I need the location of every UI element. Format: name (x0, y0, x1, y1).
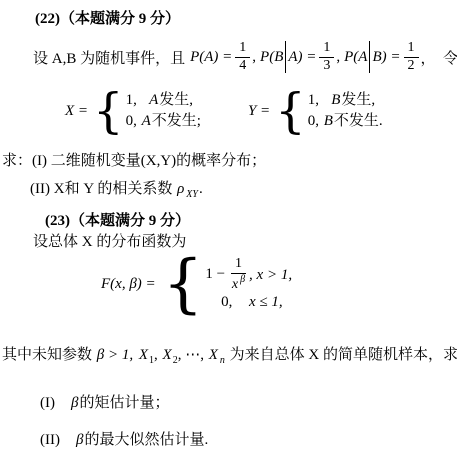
fraction-numerator: 1 (404, 41, 419, 58)
question-2-label: (II) (40, 432, 60, 448)
fraction-one-half: 12 (404, 41, 419, 73)
param-text-1: 其中未知参数 (2, 347, 96, 363)
formula-lhs: F(x, β) = (101, 276, 156, 293)
sample-xn: X (209, 347, 218, 363)
x-definition: X = { 1, A发生, 0, A不发生; (64, 90, 201, 132)
y-definition-lhs: Y = (248, 103, 270, 120)
problem23-question-2: (II)β的最大似然估计量. (40, 428, 208, 449)
case-text: 发生, (341, 92, 375, 108)
problem23-title: （本题满分 9 分） (70, 213, 190, 229)
fraction-numerator: 1 (319, 41, 334, 58)
problem23-header: (23)（本题满分 9 分） (45, 209, 190, 230)
formula-cases: 1 − 1xβ , x > 1, 0, x ≤ 1, (205, 257, 293, 310)
problem22-number: (22) (35, 11, 60, 27)
fraction-denominator: 2 (408, 58, 415, 74)
fraction-denominator: xβ (231, 274, 246, 292)
sample-xn-subscript: n (220, 355, 225, 366)
beta-exponent: β (240, 274, 245, 285)
prob-A-given-B-lhs-right: B) = (372, 49, 400, 66)
question-2-text: (II) X和 Y 的相关系数 (30, 181, 176, 197)
param-ellipsis: , ⋯, (178, 347, 208, 363)
left-brace: { (93, 91, 124, 132)
prob-A-lhs: P(A) = (190, 49, 232, 66)
case-value: 1, (126, 92, 149, 108)
case-text: 不发生. (334, 113, 383, 129)
x-definition-lhs: X = (65, 103, 88, 120)
definitions-row: X = { 1, A发生, 0, A不发生; Y = { 1, B发生, 0, … (64, 90, 383, 132)
x-definition-cases: 1, A发生, 0, A不发生; (126, 90, 201, 132)
event-symbol: B (324, 113, 333, 129)
fraction-numerator: 1 (231, 257, 246, 274)
separator-comma: , (336, 49, 340, 66)
document-page: (22)（本题满分 9 分） 设 A,B 为随机事件，且 P(A) = 14 ,… (0, 0, 457, 453)
beta-condition: β > 1, (97, 347, 137, 363)
distribution-function-formula: F(x, β) = { 1 − 1xβ , x > 1, 0, x ≤ 1, (100, 252, 293, 316)
case-value: 1, (308, 92, 331, 108)
event-symbol: B (331, 92, 340, 108)
x-case-1: 1, A发生, (126, 90, 201, 111)
problem22-title: （本题满分 9 分） (60, 11, 180, 27)
question-1-text: 的矩估计量； (79, 395, 169, 411)
problem22-given-line: 设 A,B 为随机事件，且 P(A) = 14 , P(BA) = 13 , P… (33, 36, 457, 78)
fraction-one-over-x-beta: 1xβ (231, 257, 246, 292)
rho-symbol: ρ (177, 181, 184, 197)
conditional-bar (369, 41, 370, 73)
beta-symbol: β (71, 395, 78, 411)
problem23-question-1: (I)β的矩估计量； (40, 391, 170, 412)
condition-x-le-1: x ≤ 1, (249, 294, 283, 310)
event-symbol: A (149, 92, 158, 108)
prob-A-given-B-lhs-left: P(A (344, 49, 367, 66)
sample-x1: X (139, 347, 148, 363)
one-minus: 1 − (205, 266, 225, 282)
question-1-label: (I) (40, 395, 55, 411)
rho-subscript: XY (186, 189, 198, 200)
y-case-1: 1, B发生, (308, 90, 383, 111)
x-base: x (232, 277, 238, 292)
prob-B-given-A-lhs-left: P(B (260, 49, 283, 66)
case-value: 0, (308, 113, 323, 129)
problem22-question-1: 求：(I) 二维随机变量(X,Y)的概率分布； (2, 149, 266, 170)
prob-B-given-A-lhs-right: A) = (288, 49, 316, 66)
x-case-2: 0, A不发生; (126, 111, 201, 132)
param-text-2: 为来自总体 X 的简单随机样本，求： (226, 347, 457, 363)
left-brace: { (163, 257, 204, 311)
conditional-bar (285, 41, 286, 73)
formula-case-1-condition: , x > 1, (248, 266, 293, 284)
given-suffix: ， 令 (421, 47, 457, 68)
problem22-question-2: (II) X和 Y 的相关系数 ρXY. (30, 177, 203, 200)
y-definition-cases: 1, B发生, 0, B不发生. (308, 90, 383, 132)
sample-x2: X (163, 347, 172, 363)
y-case-2: 0, B不发生. (308, 111, 383, 132)
zero-value: 0, (221, 294, 232, 310)
case-text: 不发生; (152, 113, 201, 129)
fraction-one-third: 13 (319, 41, 334, 73)
formula-case-1-expression: 1 − 1xβ (205, 257, 248, 292)
question-2-text: 的最大似然估计量. (84, 432, 208, 448)
param-comma-1: , (154, 347, 162, 363)
fraction-denominator: 4 (239, 58, 246, 74)
given-prefix: 设 A,B 为随机事件，且 (33, 47, 185, 68)
fraction-denominator: 3 (323, 58, 330, 74)
y-definition: Y = { 1, B发生, 0, B不发生. (247, 90, 383, 132)
question-2-period: . (199, 181, 203, 197)
beta-symbol: β (76, 432, 83, 448)
condition-x-gt-1: , x > 1, (249, 267, 292, 283)
case-text: 发生, (159, 92, 193, 108)
problem23-number: (23) (45, 213, 70, 229)
formula-case-2-expression: 0, (205, 293, 248, 311)
left-brace: { (275, 91, 306, 132)
problem22-header: (22)（本题满分 9 分） (35, 7, 180, 28)
formula-case-2-condition: x ≤ 1, (248, 293, 293, 311)
fraction-one-fourth: 14 (235, 41, 250, 73)
case-value: 0, (126, 113, 141, 129)
separator-comma: , (252, 49, 256, 66)
event-symbol: A (142, 113, 151, 129)
fraction-numerator: 1 (235, 41, 250, 58)
problem23-parameter-line: 其中未知参数 β > 1, X1, X2, ⋯, Xn 为来自总体 X 的简单随… (2, 343, 457, 366)
